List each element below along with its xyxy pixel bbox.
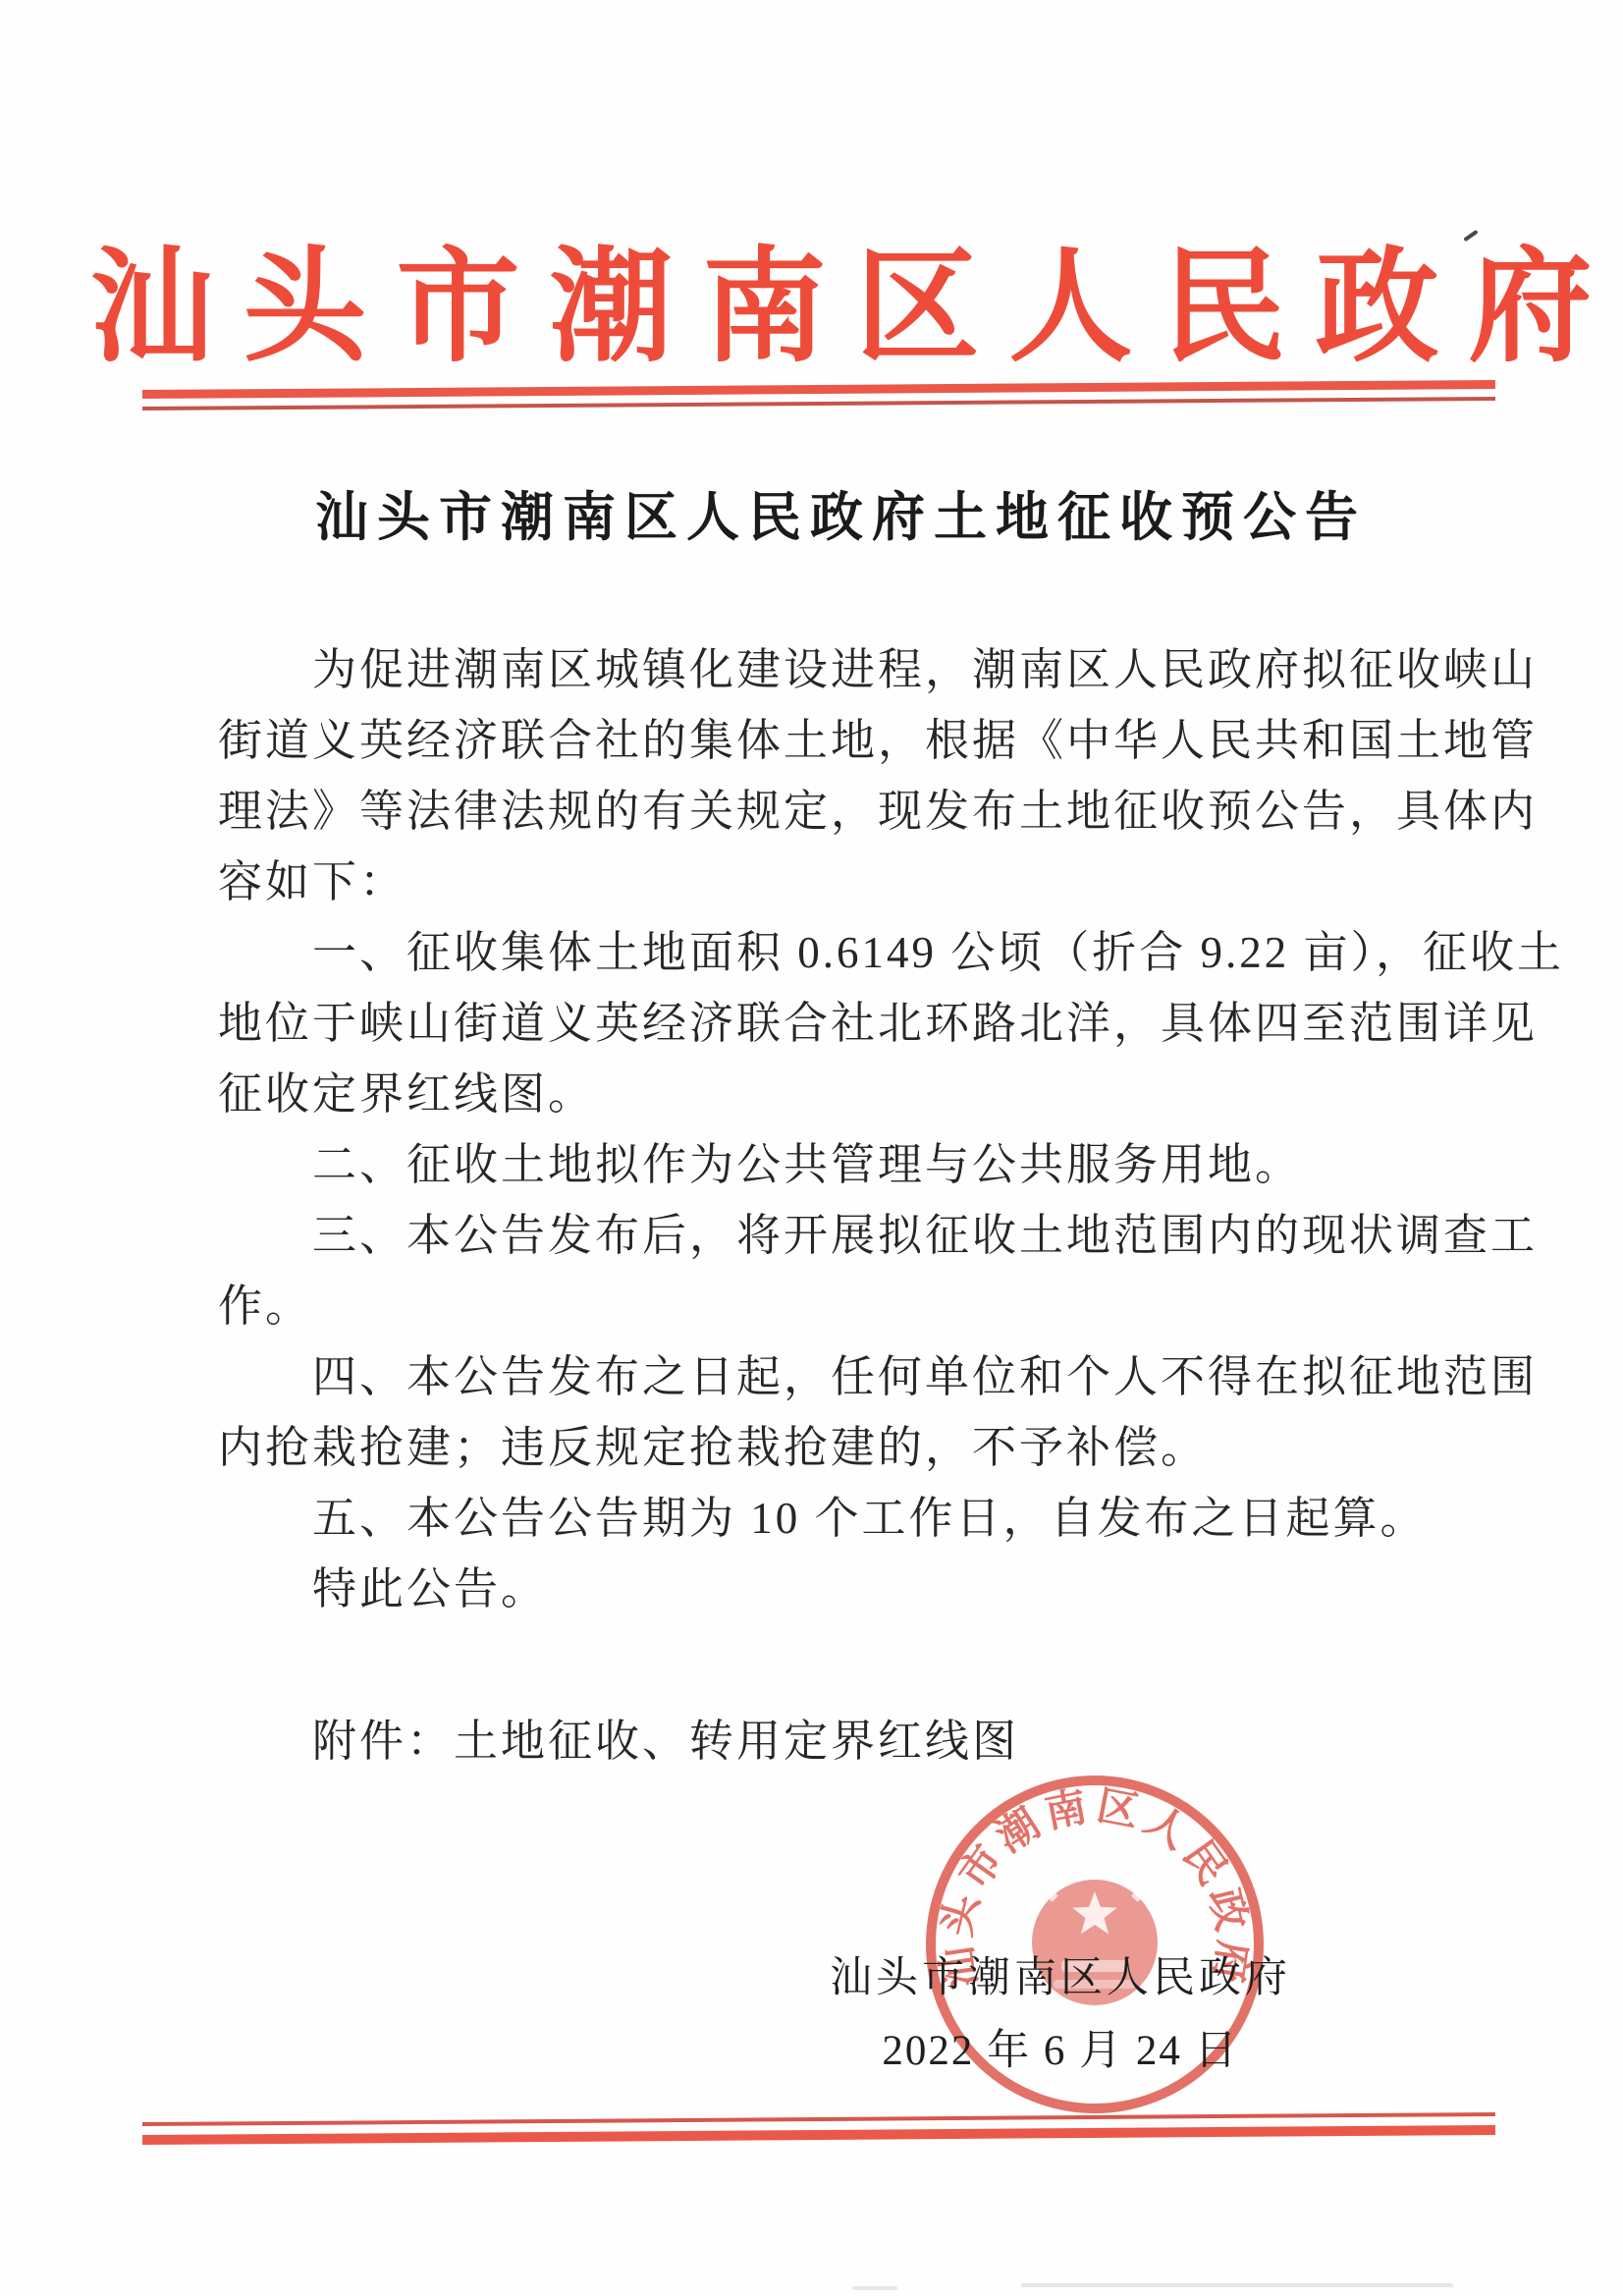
divider-thin-line: [142, 397, 1495, 410]
body-line: 四、本公告发布之日起，任何单位和个人不得在拟征地范围: [218, 1341, 1475, 1412]
signature-issuer: 汕头市潮南区人民政府: [727, 1954, 1394, 2003]
body-line: 地位于峡山街道义英经济联合社北环路北洋，具体四至范围详见: [218, 988, 1475, 1059]
seal-star-icon: [1072, 1891, 1117, 1934]
footer-divider-rule: [142, 2112, 1495, 2148]
seal-small-star-icon: [1046, 1889, 1058, 1902]
body-line: 作。: [218, 1271, 1475, 1341]
scanned-document-page: 汕头市潮南区人民政府 汕头市潮南区人民政府土地征收预公告 为促进潮南区城镇化建设…: [0, 0, 1623, 2296]
body-line: 特此公告。: [218, 1554, 1475, 1624]
body-line: 五、本公告公告期为 10 个工作日，自发布之日起算。: [218, 1483, 1475, 1554]
divider-thin-line: [142, 2112, 1495, 2126]
body-line: 容如下：: [218, 847, 1475, 917]
seal-small-star-icon: [1131, 1889, 1144, 1902]
body-line: 二、征收土地拟作为公共管理与公共服务用地。: [218, 1129, 1475, 1200]
seal-small-star-icon: [1063, 1870, 1076, 1883]
body-line: 为促进潮南区城镇化建设进程，潮南区人民政府拟征收峡山: [218, 634, 1475, 705]
document-body: 为促进潮南区城镇化建设进程，潮南区人民政府拟征收峡山 街道义英经济联合社的集体土…: [218, 634, 1475, 1624]
divider-thick-line: [142, 2125, 1495, 2145]
body-line: 一、征收集体土地面积 0.6149 公顷（折合 9.22 亩），征收土: [218, 917, 1475, 988]
body-line: 征收定界红线图。: [218, 1059, 1475, 1129]
body-line: 内抢栽抢建；违反规定抢栽抢建的，不予补偿。: [218, 1412, 1475, 1483]
body-line: 理法》等法律法规的有关规定，现发布土地征收预公告，具体内: [218, 776, 1475, 847]
letterhead-agency-title: 汕头市潮南区人民政府: [44, 208, 1623, 386]
scan-smudge: [1021, 2283, 1453, 2287]
body-line: 三、本公告发布后，将开展拟征收土地范围内的现状调查工: [218, 1200, 1475, 1271]
scan-smudge: [852, 2286, 897, 2290]
attachment-line: 附件：土地征收、转用定界红线图: [218, 1706, 1019, 1777]
body-line: 街道义英经济联合社的集体土地，根据《中华人民共和国土地管: [218, 705, 1475, 776]
signature-block: 汕头市潮南区人民政府 2022 年 6 月 24 日: [727, 1954, 1394, 2076]
seal-small-star-icon: [1113, 1870, 1126, 1883]
document-title: 汕头市潮南区人民政府土地征收预公告: [29, 475, 1623, 551]
signature-date: 2022 年 6 月 24 日: [727, 2027, 1394, 2076]
